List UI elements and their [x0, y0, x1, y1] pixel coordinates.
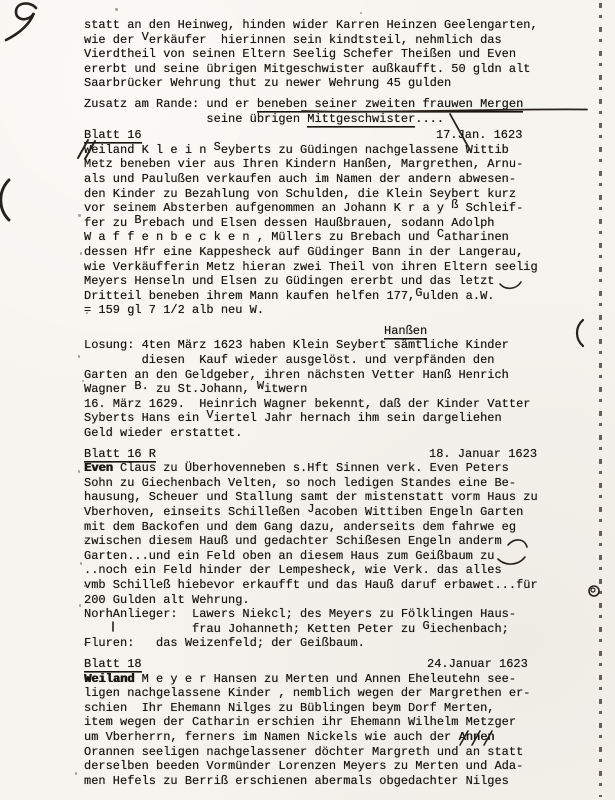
left-margin-parenthesis-mark — [1, 180, 9, 220]
text-run: W — [257, 379, 264, 393]
text-line: wie der Verkäufer hierinnen sein kindtst… — [84, 33, 615, 48]
margin-speck — [78, 214, 81, 217]
text-run: Claus zu Überhovenneben s.Hft Sinnen ver… — [113, 461, 509, 475]
text-line: Wagner B. zu St.Johann, Witwern — [84, 382, 615, 397]
para-losung: HanßenLosung: 4ten März 1623 haben Klein… — [84, 324, 615, 441]
text-line: frau Johanneth; Ketten Peter zu Giechenb… — [84, 622, 615, 637]
text-line: hausung, Scheuer und Stallung samt der m… — [84, 490, 615, 505]
margin-speck — [84, 585, 86, 587]
text-run: frau Johanneth; Ketten Peter zu — [84, 622, 422, 636]
text-run: derselben beeden Vormünder Lorenzen Meye… — [84, 759, 523, 773]
text-line: Hanßen — [84, 324, 615, 339]
text-run: itwern — [264, 382, 307, 396]
text-line: 200 Gulden alt Wehrung. — [84, 593, 615, 608]
text-run: beneben seiner zweiten frauwen Mergen — [257, 97, 523, 111]
text-line: Dritteil beneben ihrem Mann kaufen helfe… — [84, 289, 615, 304]
text-line: Sohn zu Giechenbach Velten, so noch ledi… — [84, 476, 615, 491]
text-line: Weiland M e y e r Hansen zu Merten und A… — [84, 672, 615, 687]
handwritten-numeral-2-mark — [6, 3, 36, 40]
text-run: Weiland K l e i n — [84, 143, 214, 157]
text-run: erkäufer hierinnen sein kindtsteil, nehm… — [149, 33, 502, 47]
text-line: schien Ihr Ehemann Nilges zu Büblingen b… — [84, 701, 615, 716]
text-run: Wagner — [84, 382, 134, 396]
text-line: den Kinder zu Bezahlung von Schulden, di… — [84, 187, 615, 202]
text-line: Geld wieder erstattet. — [84, 426, 615, 441]
margin-speck — [84, 643, 86, 645]
text-run: Hanßen — [384, 324, 427, 339]
text-line: men Hefels zu Berriß erschienen abermals… — [84, 774, 615, 789]
text-line: Saarbrücker Wehrung thut zu newer Wehrun… — [84, 76, 615, 91]
text-run: Dritteil beneben ihrem Mann kaufen helfe… — [84, 289, 415, 303]
para-zusatz: Zusatz am Rande: und er beneben seiner z… — [84, 97, 615, 126]
text-run: Sohn zu Giechenbach Velten, so noch ledi… — [84, 476, 516, 490]
para-blatt-16-r: Even Claus zu Überhovenneben s.Hft Sinne… — [84, 461, 615, 607]
margin-speck — [115, 8, 118, 11]
text-run: 17.Jan. 1623 — [436, 128, 522, 143]
text-line: Zusatz am Rande: und er beneben seiner z… — [84, 97, 615, 112]
text-run: G — [422, 619, 429, 633]
text-line: W a f f e n b e c k e n , Müllers zu Bre… — [84, 230, 615, 245]
text-line: Blatt 1824.Januar 1623 — [84, 657, 615, 672]
text-line: Syberts Hans ein Viertel Jahr hernach ih… — [84, 411, 615, 426]
text-line: Blatt 16 R18. Januar 1623 — [84, 447, 615, 462]
text-line: Fluren: das Weizenfeld; der Geißbaum. — [84, 636, 615, 651]
text-run: Vberhoven, einseits Schilleßen — [84, 505, 307, 519]
text-line: Garten...und ein Feld oben an diesem Hau… — [84, 549, 615, 564]
text-run: W a f f e n b e c k e n , Müllers zu Bre… — [84, 230, 437, 244]
text-line: Weiland K l e i n Seyberts zu Güdingen n… — [84, 143, 615, 158]
text-line: Metz beneben vier aus Ihren Kindern Hanß… — [84, 157, 615, 172]
text-line: Blatt 1617.Jan. 1623 — [84, 128, 615, 143]
margin-speck — [78, 355, 80, 358]
text-run: als und Paulußen verkaufen auch im Namen… — [84, 172, 516, 186]
text-run: Blatt 18 — [84, 657, 142, 671]
text-run: eyberts zu Güdingen nachgelassene Wittib — [221, 143, 509, 157]
text-line: Meyers Henseln und Elsen zu Güdingen ere… — [84, 274, 615, 289]
text-line: ..noch ein Feld hinder der Lempesheck, w… — [84, 563, 615, 578]
text-run: B — [134, 213, 141, 227]
margin-speck — [360, 12, 362, 14]
text-line: seine übrigen Mittgeschwister.... — [84, 112, 615, 127]
document-body: statt an den Heinweg, hinden wider Karre… — [84, 18, 615, 788]
text-line: Even Claus zu Überhovenneben s.Hft Sinne… — [84, 461, 615, 476]
text-run: NorhAnlieger: Lawers Niekcl; des Meyers … — [84, 607, 516, 621]
text-run: ..noch ein Feld hinder der Lempesheck, w… — [84, 563, 502, 577]
text-run: seine übrigen — [84, 112, 307, 126]
text-run: B. — [134, 379, 148, 393]
text-run: Saarbrücker Wehrung thut zu newer Wehrun… — [84, 76, 451, 90]
text-run: vmb Schilleß hiebevor erkaufft und das H… — [84, 578, 538, 592]
text-line: Garten an den Geldgeber, ihren nächsten … — [84, 368, 615, 383]
text-run: Mittgeschwister — [307, 112, 415, 126]
margin-speck — [80, 562, 82, 565]
text-run: Schleif- — [458, 201, 523, 215]
para-continuation: statt an den Heinweg, hinden wider Karre… — [84, 18, 615, 91]
heading-blatt-18: Blatt 1824.Januar 1623 — [84, 657, 615, 672]
text-run: Blatt 16 R — [84, 447, 156, 461]
text-run: zwischen diesem Hauß und gedachter Schiß… — [84, 534, 502, 548]
text-run: Fluren: das Weizenfeld; der Geißbaum. — [84, 636, 365, 650]
text-run: Meyers Henseln und Elsen zu Güdingen ere… — [84, 274, 494, 288]
text-line: ererbt und seine übrigen Mitgeschwister … — [84, 62, 615, 77]
text-run: statt an den Heinweg, hinden wider Karre… — [84, 18, 538, 32]
text-run: Weiland — [84, 672, 134, 686]
text-run: V — [142, 30, 149, 44]
text-line: vor seinem Absterben aufgenommen an Joha… — [84, 201, 615, 216]
para-blatt-18: Weiland M e y e r Hansen zu Merten und A… — [84, 672, 615, 789]
text-line: um Vberherrn, ferners im Namen Nickels w… — [84, 730, 615, 745]
text-run: C — [437, 227, 444, 241]
text-line: mit dem Backofen und dem Gang dazu, ande… — [84, 520, 615, 535]
text-run: ulden a.W. — [422, 289, 494, 303]
text-run: wie der — [84, 33, 142, 47]
margin-speck — [79, 604, 81, 607]
text-run: J — [307, 502, 314, 516]
text-line: wie Verkäufferin Metz hieran zwei Theil … — [84, 260, 615, 275]
text-run: Orannen seeligen nachgelassener döchter … — [84, 745, 523, 759]
text-line: zwischen diesem Hauß und gedachter Schiß… — [84, 534, 615, 549]
text-run: ß — [451, 198, 458, 212]
text-line: derselben beeden Vormünder Lorenzen Meye… — [84, 759, 615, 774]
text-run: Vierdtheil von seinen Eltern Seelig Sche… — [84, 47, 516, 61]
text-run: 16. März 1629. Heinrich Wagner bekennt, … — [84, 397, 530, 411]
text-run: V — [206, 408, 213, 422]
text-run: schien Ihr Ehemann Nilges zu Büblingen b… — [84, 701, 494, 715]
text-line: Vberhoven, einseits Schilleßen Jacoben W… — [84, 505, 615, 520]
text-run: acoben Wittiben Engeln Garten — [314, 505, 523, 519]
text-line: Losung: 4ten März 1623 haben Klein Seybe… — [84, 338, 615, 353]
text-run: S — [214, 140, 221, 154]
margin-speck — [75, 772, 77, 775]
text-line: diesen Kauf wieder ausgelöst. und verpfä… — [84, 353, 615, 368]
text-run: diesen Kauf wieder ausgelöst. und verpfä… — [84, 353, 494, 367]
text-run: um Vberherrn, ferners im Namen Nickels w… — [84, 730, 458, 744]
text-line: item wegen der Catharin erschien ihr Ehe… — [84, 715, 615, 730]
margin-speck — [82, 380, 84, 382]
text-run: iechenbach; — [430, 622, 509, 636]
text-run: Metz beneben vier aus Ihren Kindern Hanß… — [84, 157, 523, 171]
page-edge-dashed-line — [599, 3, 602, 797]
text-run: wie Verkäufferin Metz hieran zwei Theil … — [84, 260, 538, 274]
text-run: iertel Jahr hernach ihm sein dargeliehen — [214, 411, 502, 425]
text-run: Losung: 4ten März 1623 haben Klein Seybe… — [84, 338, 509, 352]
text-line: ligen nachgelassene Kinder , nemblich we… — [84, 686, 615, 701]
text-run: 18. Januar 1623 — [429, 447, 537, 462]
margin-speck — [84, 540, 86, 542]
text-run: .... — [415, 112, 444, 126]
text-run: zu St.Johann, — [149, 382, 257, 396]
margin-speck — [80, 252, 82, 255]
text-run: item wegen der Catharin erschien ihr Ehe… — [84, 715, 516, 729]
text-line: Orannen seeligen nachgelassener döchter … — [84, 745, 615, 760]
text-line: dessen Hfr eine Kappesheck auf Güdinger … — [84, 245, 615, 260]
text-line: NorhAnlieger: Lawers Niekcl; des Meyers … — [84, 607, 615, 622]
text-run: 24.Januar 1623 — [427, 657, 528, 672]
text-run: ererbt und seine übrigen Mitgeschwister … — [84, 62, 530, 76]
text-run: Zusatz am Rande: und er — [84, 97, 257, 111]
text-run: atharinen — [444, 230, 509, 244]
text-line: fer zu Brebach und Elsen dessen Haußbrau… — [84, 216, 615, 231]
text-run: Geld wieder erstattet. — [84, 426, 242, 440]
text-line: = 159 gl 7 1/2 alb neu W. — [84, 303, 615, 318]
heading-blatt-16: Blatt 1617.Jan. 1623 — [84, 128, 615, 143]
text-run: Garten...und ein Feld oben an diesem Hau… — [84, 549, 494, 563]
text-run: mit dem Backofen und dem Gang dazu, ande… — [84, 520, 516, 534]
text-run: G — [415, 286, 422, 300]
text-line: Vierdtheil von seinen Eltern Seelig Sche… — [84, 47, 615, 62]
para-blatt-16: Weiland K l e i n Seyberts zu Güdingen n… — [84, 143, 615, 318]
text-run: = 159 gl 7 1/2 alb neu W. — [84, 303, 264, 317]
para-anlieger: NorhAnlieger: Lawers Niekcl; des Meyers … — [84, 607, 615, 651]
text-run: Blatt 16 — [84, 128, 142, 142]
document-page: statt an den Heinweg, hinden wider Karre… — [0, 0, 615, 800]
text-run: dessen Hfr eine Kappesheck auf Güdinger … — [84, 245, 523, 259]
text-run: ligen nachgelassene Kinder , nemblich we… — [84, 686, 530, 700]
text-run: fer zu — [84, 216, 134, 230]
heading-blatt-16-r: Blatt 16 R18. Januar 1623 — [84, 447, 615, 462]
text-line: 16. März 1629. Heinrich Wagner bekennt, … — [84, 397, 615, 412]
text-run: Even — [84, 461, 113, 475]
text-run: M e y e r Hansen zu Merten und Annen Ehe… — [134, 672, 516, 686]
text-run: 200 Gulden alt Wehrung. — [84, 593, 250, 607]
text-run: men Hefels zu Berriß erschienen abermals… — [84, 774, 509, 788]
text-line: vmb Schilleß hiebevor erkaufft und das H… — [84, 578, 615, 593]
margin-speck — [78, 470, 80, 473]
text-line: statt an den Heinweg, hinden wider Karre… — [84, 18, 615, 33]
text-line: als und Paulußen verkaufen auch im Namen… — [84, 172, 615, 187]
text-run: Syberts Hans ein — [84, 411, 206, 425]
struck-text-run: Annen — [458, 730, 494, 744]
margin-speck — [86, 312, 88, 314]
